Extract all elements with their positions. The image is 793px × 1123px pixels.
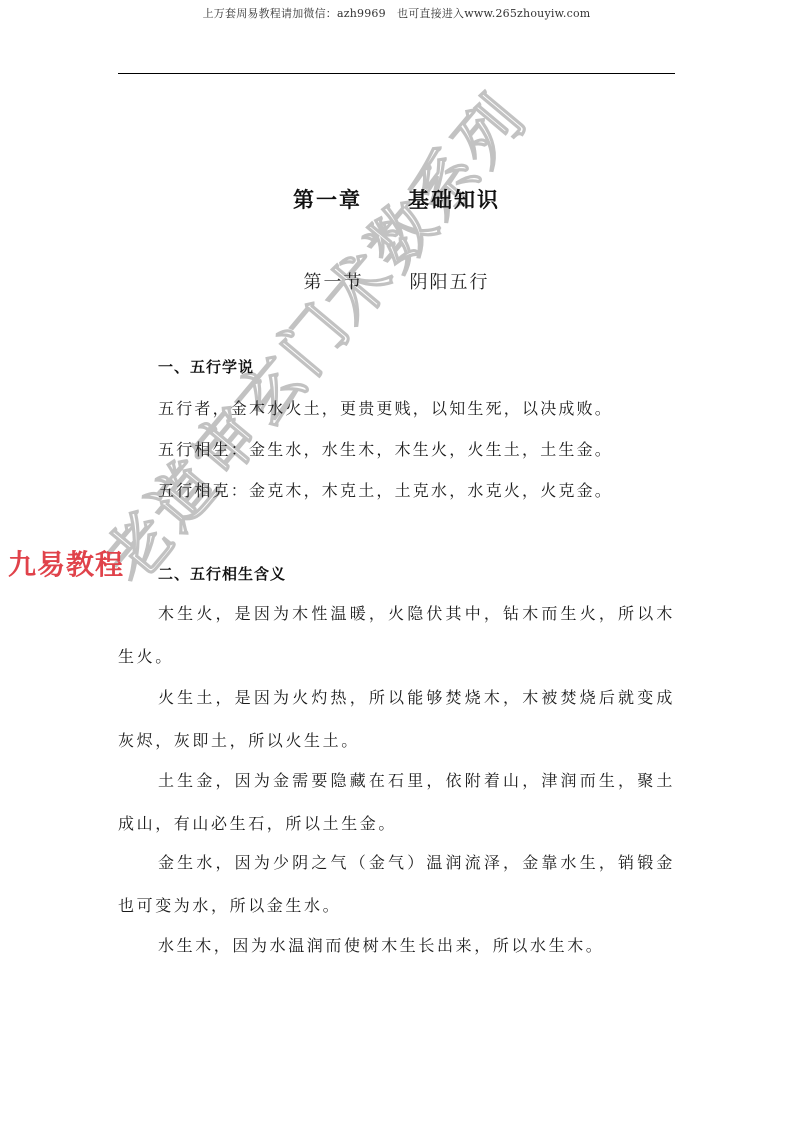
section-name: 阴阳五行 bbox=[410, 272, 490, 293]
paragraph-2: 火生土，是因为火灼热，所以能够焚烧木，木被焚烧后就变成灰烬，灰即土，所以火生土。 bbox=[118, 677, 675, 762]
header-note: 上万套周易教程请加微信：azh9969 也可直接进入www.265zhouyiw… bbox=[0, 5, 793, 21]
watermark: 老道审玄门术数系列 bbox=[80, 71, 544, 599]
part2-heading: 二、五行相生含义 bbox=[158, 563, 286, 584]
chapter-number: 第一章 bbox=[293, 188, 362, 212]
chapter-title: 第一章基础知识 bbox=[0, 184, 793, 214]
chapter-name: 基础知识 bbox=[408, 188, 500, 212]
paragraph-4: 金生水，因为少阴之气（金气）温润流泽，金靠水生，销锻金也可变为水，所以金生水。 bbox=[118, 842, 675, 927]
paragraph-3: 土生金，因为金需要隐藏在石里，依附着山，津润而生，聚土成山，有山必生石，所以土生… bbox=[118, 760, 675, 845]
paragraph-5: 水生木，因为水温润而使树木生长出来，所以水生木。 bbox=[118, 925, 675, 968]
section-title: 第一节阴阳五行 bbox=[0, 268, 793, 294]
paragraph-1: 木生火，是因为木性温暖，火隐伏其中，钻木而生火，所以木生火。 bbox=[118, 593, 675, 678]
part1-heading: 一、五行学说 bbox=[158, 356, 254, 377]
part1-line-2: 五行相生：金生水，水生木，木生火，火生土，土生金。 bbox=[158, 437, 613, 460]
brand-label: 九易教程 bbox=[8, 543, 124, 583]
part1-line-1: 五行者，金木水火土，更贵更贱，以知生死，以决成败。 bbox=[158, 396, 613, 419]
part1-line-3: 五行相克：金克木，木克土，土克水，水克火，火克金。 bbox=[158, 478, 613, 501]
header-divider bbox=[118, 73, 675, 74]
section-number: 第一节 bbox=[304, 272, 364, 293]
